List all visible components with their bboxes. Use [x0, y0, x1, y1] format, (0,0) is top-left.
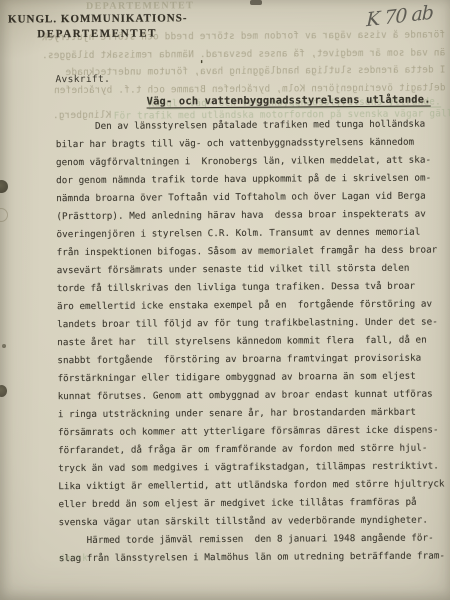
transcript-label: Avskrift. [55, 74, 110, 85]
letterhead-line2: DEPARTEMENTET [8, 27, 186, 40]
stray-mark: ' [198, 58, 205, 71]
body-text: Den av länsstyrelsen påtalade trafiken m… [56, 115, 450, 568]
scanned-document-page: DEPARTEMENTET förande å vissa vägar av f… [0, 0, 450, 600]
top-edge-smudge [250, 0, 262, 5]
bleedthrough-line: än vad som är medgivet, få anses besvara… [52, 47, 445, 61]
bleedthrough-line: I detta ärendes slutliga handläggning ha… [52, 64, 445, 78]
letterhead-line1: KUNGL. KOMMUNIKATIONS- [8, 12, 186, 25]
letterhead: KUNGL. KOMMUNIKATIONS- DEPARTEMENTET [8, 12, 186, 40]
ghost-letterhead-text: DEPARTEMENTET [86, 0, 194, 12]
document-content: DEPARTEMENTET förande å vissa vägar av f… [0, 0, 450, 600]
document-title: Väg- och vattenbyggnadsstyrelsens utlåta… [147, 94, 431, 108]
ink-blob [2, 344, 6, 348]
body-line: slag från länsstyrelsen i Malmöhus län o… [59, 547, 450, 568]
